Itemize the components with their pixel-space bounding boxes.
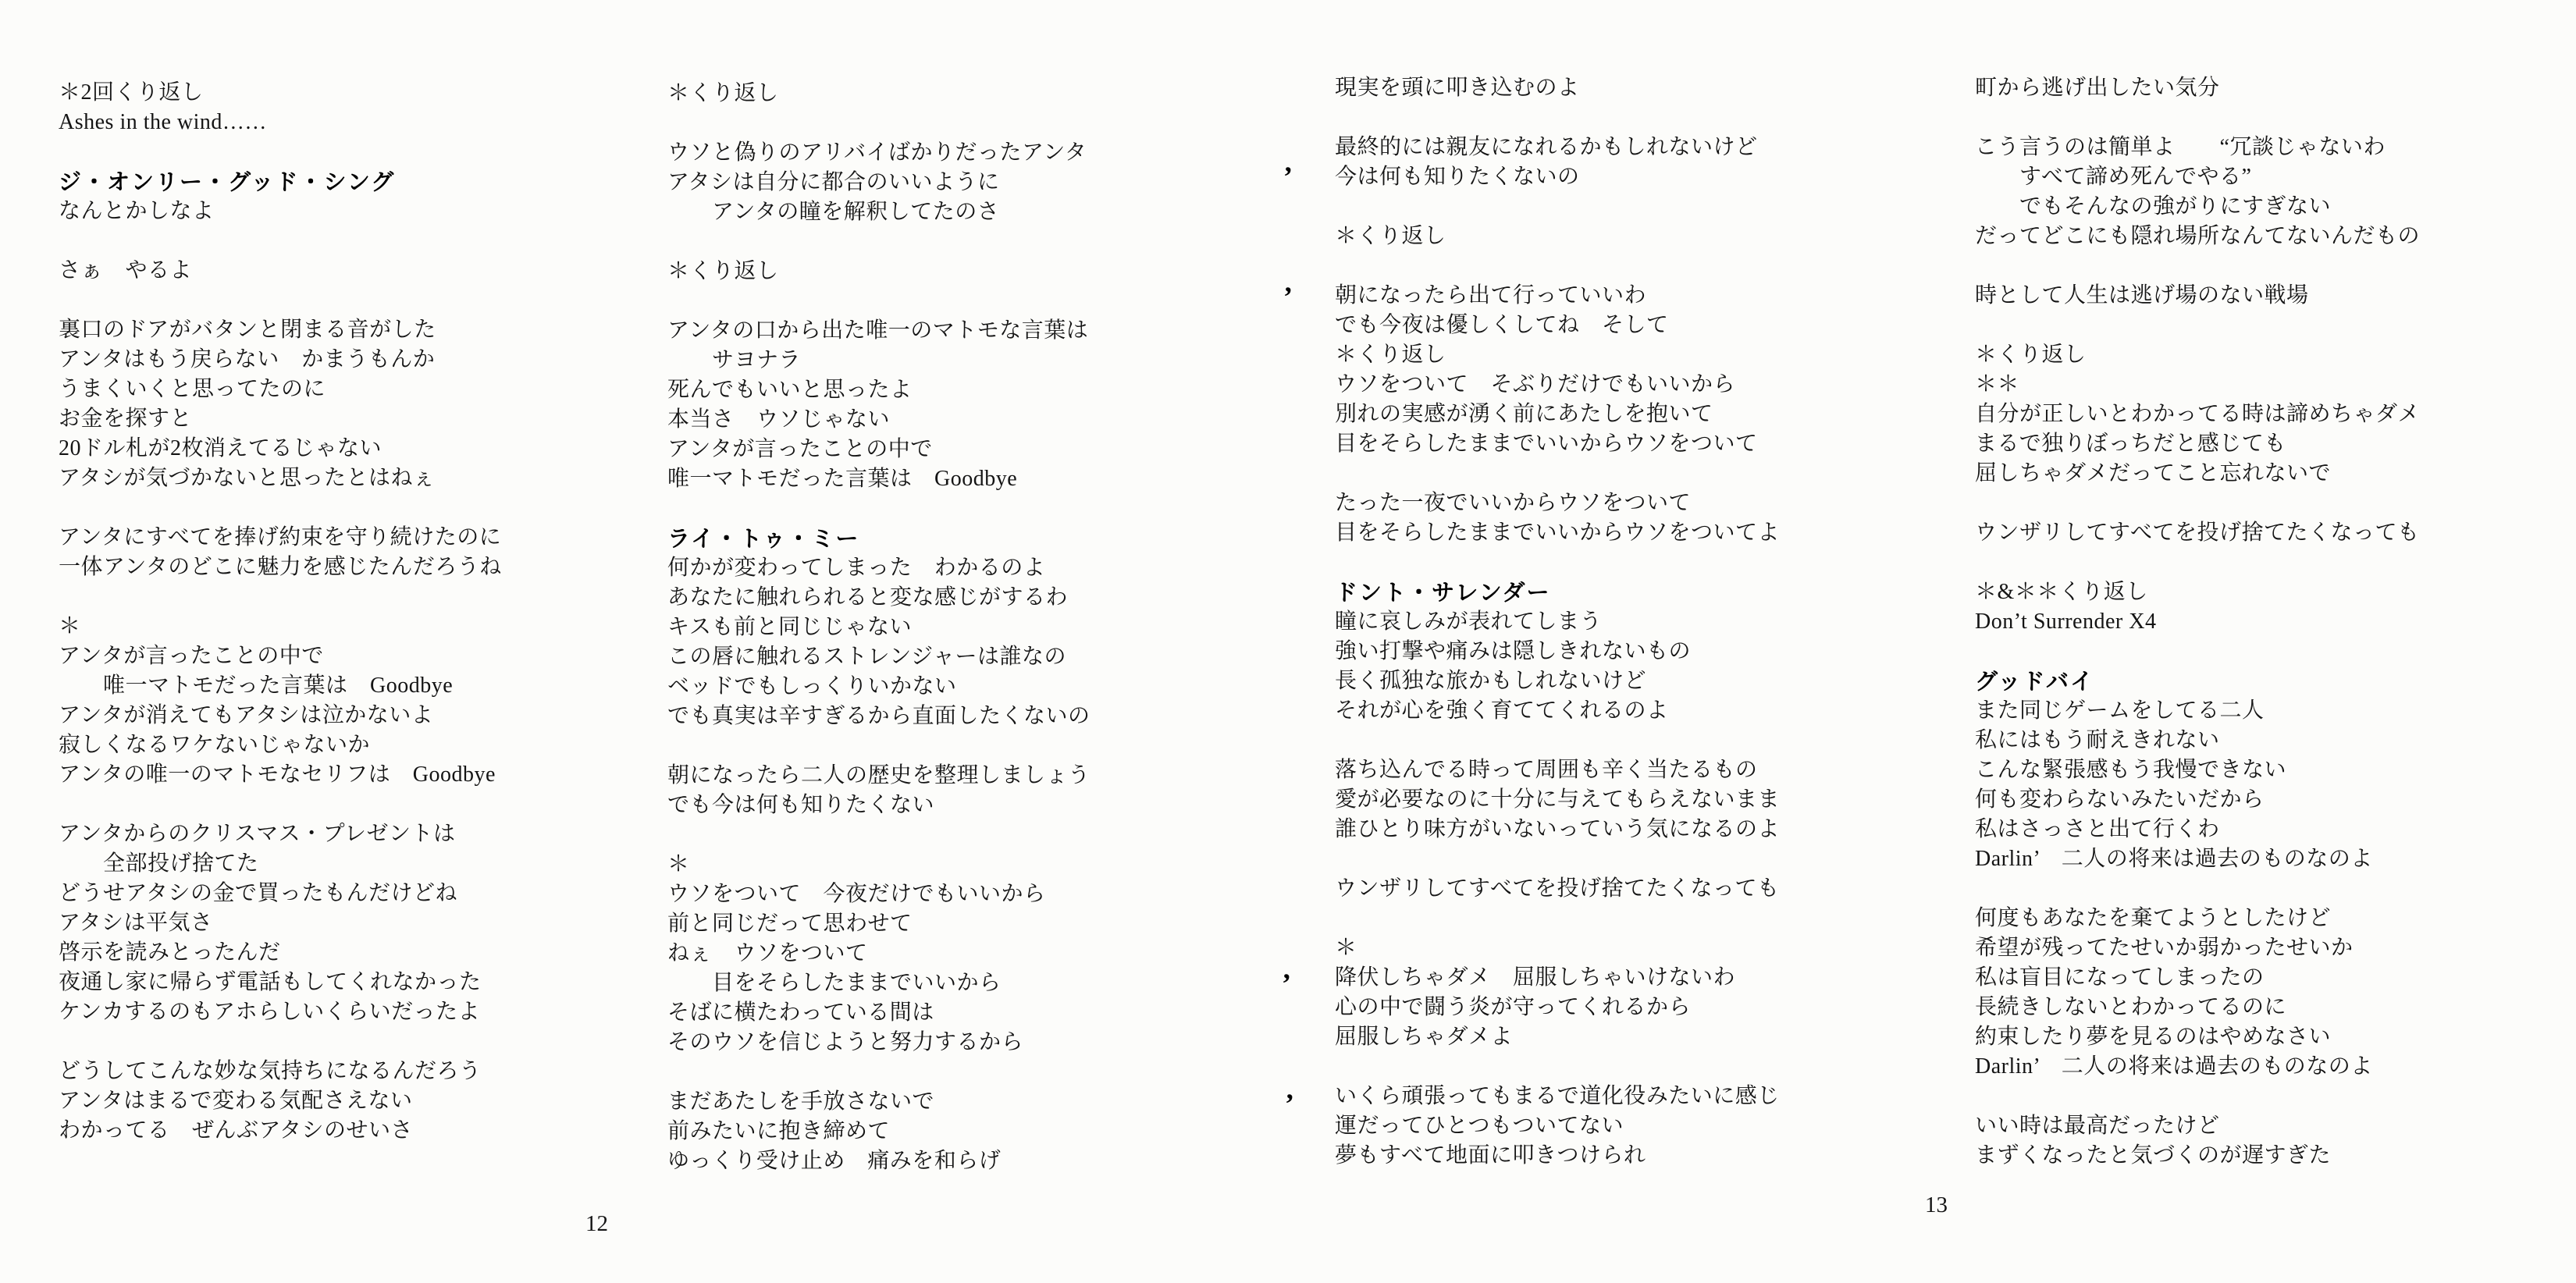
- lyric-line: [667, 108, 1091, 138]
- lyric-line: 私はさっさと出て行くわ: [1975, 815, 2420, 844]
- lyric-line: また同じゲームをしてる二人: [1975, 696, 2420, 726]
- lyric-line: アンタが言ったことの中で: [667, 435, 1091, 464]
- lyric-line: アンタの口から出た唯一のマトモな言葉は: [667, 316, 1091, 346]
- lyric-line: それが心を強く育ててくれるのよ: [1335, 696, 1780, 726]
- lyric-line: だってどこにも隠れ場所なんてないんだもの: [1975, 222, 2420, 251]
- lyric-line: 何も変わらないみたいだから: [1975, 785, 2420, 815]
- lyric-line: [59, 582, 502, 612]
- lyric-line: まずくなったと気づくのが遅すぎた: [1975, 1141, 2420, 1171]
- lyric-line: 私は盲目になってしまったの: [1975, 963, 2420, 993]
- lyric-line: まるで独りぼっちだと感じても: [1975, 429, 2420, 459]
- lyric-line: アタシが気づかないと思ったとはねぇ: [59, 464, 502, 493]
- song-title-heading: グッドバイ: [1975, 666, 2420, 696]
- lyric-line: ＊: [667, 850, 1091, 880]
- lyrics-column-3: 現実を頭に叩き込むのよ 最終的には親友になれるかもしれないけど今は何も知りたくな…: [1335, 73, 1780, 1171]
- lyric-line: どうしてこんな妙な気持ちになるんだろう: [59, 1057, 502, 1086]
- lyric-line: Don’t Surrender X4: [1975, 607, 2420, 637]
- lyric-line: ウンザリしてすべてを投げ捨てたくなっても: [1335, 874, 1780, 904]
- lyric-line: [1335, 548, 1780, 578]
- lyric-line: でも真実は辛すぎるから直面したくないの: [667, 702, 1091, 731]
- lyric-line: なんとかしなよ: [59, 197, 502, 226]
- lyric-line: [1975, 874, 2420, 904]
- lyric-line: さぁ やるよ: [59, 256, 502, 286]
- lyric-line: 夜通し家に帰らず電話もしてくれなかった: [59, 968, 502, 997]
- lyric-line: 屈しちゃダメだってこと忘れないで: [1975, 459, 2420, 489]
- lyric-line: 自分が正しいとわかってる時は諦めちゃダメ: [1975, 400, 2420, 429]
- lyric-line: アンタにすべてを捧げ約束を守り続けたのに: [59, 523, 502, 553]
- lyric-line: いくら頑張ってもまるで道化役みたいに感じ: [1335, 1082, 1780, 1111]
- lyric-line: 心の中で闘う炎が守ってくれるから: [1335, 993, 1780, 1022]
- lyric-line: ＊＊: [1975, 370, 2420, 400]
- lyric-line: ねぇ ウソをついて: [667, 939, 1091, 968]
- lyric-line: 長続きしないとわかってるのに: [1975, 993, 2420, 1022]
- lyric-line: アンタはもう戻らない かまうもんか: [59, 345, 502, 375]
- lyric-line: うまくいくと思ってたのに: [59, 375, 502, 404]
- lyric-line: サヨナラ: [667, 346, 1091, 375]
- lyric-line: [1335, 251, 1780, 281]
- lyric-line: でも今夜は優しくしてね そして: [1335, 311, 1780, 340]
- scan-speck: ’: [1283, 283, 1293, 311]
- lyric-line: [667, 1057, 1091, 1087]
- lyric-line: こんな緊張感もう我慢できない: [1975, 755, 2420, 785]
- song-title-heading: ドント・サレンダー: [1335, 578, 1780, 607]
- song-title-heading: ライ・トゥ・ミー: [667, 524, 1091, 553]
- lyric-line: 何かが変わってしまった わかるのよ: [667, 553, 1091, 583]
- lyric-line: この唇に触れるストレンジャーは誰なの: [667, 642, 1091, 672]
- lyric-line: 朝になったら二人の歴史を整理しましょう: [667, 761, 1091, 791]
- lyric-line: ＊くり返し: [1335, 340, 1780, 370]
- lyric-line: 最終的には親友になれるかもしれないけど: [1335, 133, 1780, 162]
- lyric-line: ＊くり返し: [667, 257, 1091, 286]
- lyric-line: お金を探すと: [59, 404, 502, 434]
- lyric-line: アンタの瞳を解釈してたのさ: [667, 197, 1091, 227]
- lyric-line: [1335, 844, 1780, 874]
- lyric-line: 本当さ ウソじゃない: [667, 405, 1091, 435]
- lyric-line: Ashes in the wind……: [59, 108, 502, 137]
- lyric-line: わかってる ぜんぶアタシのせいさ: [59, 1116, 502, 1146]
- lyrics-column-1: ＊2回くり返しAshes in the wind…… ジ・オンリー・グッド・シン…: [59, 78, 502, 1146]
- lyric-line: すべて諦め死んでやる”: [1975, 162, 2420, 192]
- lyric-line: 希望が残ってたせいか弱かったせいか: [1975, 933, 2420, 963]
- page-number-right: 13: [1925, 1192, 1948, 1218]
- lyric-line: [667, 227, 1091, 257]
- lyric-line: 約束したり夢を見るのはやめなさい: [1975, 1022, 2420, 1052]
- lyric-line: 啓示を読みとったんだ: [59, 938, 502, 968]
- lyric-line: [1975, 1082, 2420, 1111]
- scan-speck: ’: [1285, 1089, 1294, 1118]
- lyric-line: 前みたいに抱き締めて: [667, 1117, 1091, 1146]
- lyric-line: ＊: [1335, 933, 1780, 963]
- lyric-line: 強い打撃や痛みは隠しきれないもの: [1335, 637, 1780, 666]
- lyric-line: アンタはまるで変わる気配さえない: [59, 1086, 502, 1116]
- lyric-line: [59, 493, 502, 523]
- lyric-line: 落ち込んでる時って周囲も辛く当たるもの: [1335, 755, 1780, 785]
- lyric-line: ＊&＊＊くり返し: [1975, 578, 2420, 607]
- lyric-line: [1975, 251, 2420, 281]
- lyric-line: [667, 820, 1091, 850]
- lyric-line: 今は何も知りたくないの: [1335, 162, 1780, 192]
- lyric-line: [667, 731, 1091, 761]
- lyric-line: 死んでもいいと思ったよ: [667, 375, 1091, 405]
- lyric-line: 私にはもう耐えきれない: [1975, 726, 2420, 755]
- lyric-line: 寂しくなるワケないじゃないか: [59, 730, 502, 760]
- lyric-line: 夢もすべて地面に叩きつけられ: [1335, 1141, 1780, 1171]
- lyric-line: ケンカするのもアホらしいくらいだったよ: [59, 997, 502, 1027]
- lyric-line: [1975, 489, 2420, 518]
- lyric-line: 町から逃げ出したい気分: [1975, 73, 2420, 103]
- lyric-line: 愛が必要なのに十分に与えてもらえないまま: [1335, 785, 1780, 815]
- lyric-line: [1975, 311, 2420, 340]
- lyric-line: 何度もあなたを棄てようとしたけど: [1975, 904, 2420, 933]
- lyric-line: Darlin’ 二人の将来は過去のものなのよ: [1975, 1052, 2420, 1082]
- lyric-line: [59, 790, 502, 819]
- lyric-line: 降伏しちゃダメ 屈服しちゃいけないわ: [1335, 963, 1780, 993]
- lyric-line: ＊くり返し: [1335, 222, 1780, 251]
- lyric-line: [1975, 548, 2420, 578]
- lyric-line: [59, 137, 502, 167]
- lyric-line: アンタの唯一のマトモなセリフは Goodbye: [59, 760, 502, 790]
- lyric-line: 目をそらしたままでいいからウソをついてよ: [1335, 518, 1780, 548]
- lyric-line: 運だってひとつもついてない: [1335, 1111, 1780, 1141]
- lyric-line: アンタが消えてもアタシは泣かないよ: [59, 701, 502, 730]
- lyric-line: Darlin’ 二人の将来は過去のものなのよ: [1975, 844, 2420, 874]
- lyric-line: でも今は何も知りたくない: [667, 791, 1091, 820]
- lyric-line: 目をそらしたままでいいから: [667, 968, 1091, 998]
- lyric-line: [667, 286, 1091, 316]
- lyric-line: アンタからのクリスマス・プレゼントは: [59, 819, 502, 849]
- lyric-line: 別れの実感が湧く前にあたしを抱いて: [1335, 400, 1780, 429]
- lyric-line: 瞳に哀しみが表れてしまう: [1335, 607, 1780, 637]
- lyric-line: アタシは平気さ: [59, 908, 502, 938]
- lyric-line: 全部投げ捨てた: [59, 849, 502, 879]
- lyric-line: 時として人生は逃げ場のない戦場: [1975, 281, 2420, 311]
- lyrics-column-2: ＊くり返し ウソと偽りのアリバイばかりだったアンタアタシは自分に都合のいいように…: [667, 79, 1091, 1176]
- lyric-line: ウンザリしてすべてを投げ捨てたくなっても: [1975, 518, 2420, 548]
- lyric-line: 唯一マトモだった言葉は Goodbye: [59, 671, 502, 701]
- lyric-line: キスも前と同じじゃない: [667, 613, 1091, 642]
- lyric-line: [59, 226, 502, 256]
- lyric-line: アタシは自分に都合のいいように: [667, 168, 1091, 197]
- lyric-line: どうせアタシの金で買ったもんだけどね: [59, 879, 502, 908]
- lyric-line: 朝になったら出て行っていいわ: [1335, 281, 1780, 311]
- lyric-line: ベッドでもしっくりいかない: [667, 672, 1091, 702]
- lyric-line: ＊くり返し: [667, 79, 1091, 108]
- lyric-line: ＊2回くり返し: [59, 78, 502, 108]
- lyric-line: 前と同じだって思わせて: [667, 909, 1091, 939]
- lyric-line: [1975, 103, 2420, 133]
- lyric-line: まだあたしを手放さないで: [667, 1087, 1091, 1117]
- lyric-line: ウソをついて 今夜だけでもいいから: [667, 880, 1091, 909]
- song-title-heading: ジ・オンリー・グッド・シング: [59, 167, 502, 197]
- lyric-line: ゆっくり受け止め 痛みを和らげ: [667, 1146, 1091, 1176]
- lyric-line: [1975, 637, 2420, 666]
- lyric-line: [1335, 904, 1780, 933]
- lyric-line: [1335, 192, 1780, 222]
- lyric-line: 一体アンタのどこに魅力を感じたんだろうね: [59, 553, 502, 582]
- lyric-line: [1335, 103, 1780, 133]
- lyric-line: 裏口のドアがバタンと閉まる音がした: [59, 315, 502, 345]
- lyric-line: [59, 286, 502, 315]
- lyric-line: 20ドル札が2枚消えてるじゃない: [59, 434, 502, 464]
- lyric-line: [667, 494, 1091, 524]
- lyric-line: 唯一マトモだった言葉は Goodbye: [667, 464, 1091, 494]
- lyrics-column-4: 町から逃げ出したい気分 こう言うのは簡単よ “冗談じゃないわ すべて諦め死んでや…: [1975, 73, 2420, 1171]
- lyric-line: 屈服しちゃダメよ: [1335, 1022, 1780, 1052]
- page-number-left: 12: [585, 1211, 608, 1237]
- lyric-line: たった一夜でいいからウソをついて: [1335, 489, 1780, 518]
- lyric-line: [1335, 1052, 1780, 1082]
- scan-speck: ’: [1282, 969, 1291, 997]
- lyric-line: ＊くり返し: [1975, 340, 2420, 370]
- lyric-line: こう言うのは簡単よ “冗談じゃないわ: [1975, 133, 2420, 162]
- lyric-line: あなたに触れられると変な感じがするわ: [667, 583, 1091, 613]
- lyric-line: 長く孤独な旅かもしれないけど: [1335, 666, 1780, 696]
- lyric-line: でもそんなの強がりにすぎない: [1975, 192, 2420, 222]
- lyric-line: そばに横たわっている間は: [667, 998, 1091, 1028]
- scan-speck: ’: [1283, 162, 1293, 190]
- lyric-line: ウソと偽りのアリバイばかりだったアンタ: [667, 138, 1091, 168]
- lyric-line: 目をそらしたままでいいからウソをついて: [1335, 429, 1780, 459]
- booklet-spread: ＊2回くり返しAshes in the wind…… ジ・オンリー・グッド・シン…: [0, 0, 2576, 1283]
- lyric-line: いい時は最高だったけど: [1975, 1111, 2420, 1141]
- lyric-line: [59, 1027, 502, 1057]
- lyric-line: ウソをついて そぶりだけでもいいから: [1335, 370, 1780, 400]
- lyric-line: [1335, 726, 1780, 755]
- lyric-line: アンタが言ったことの中で: [59, 641, 502, 671]
- lyric-line: 誰ひとり味方がいないっていう気になるのよ: [1335, 815, 1780, 844]
- lyric-line: 現実を頭に叩き込むのよ: [1335, 73, 1780, 103]
- lyric-line: [1335, 459, 1780, 489]
- lyric-line: そのウソを信じようと努力するから: [667, 1028, 1091, 1057]
- lyric-line: ＊: [59, 612, 502, 641]
